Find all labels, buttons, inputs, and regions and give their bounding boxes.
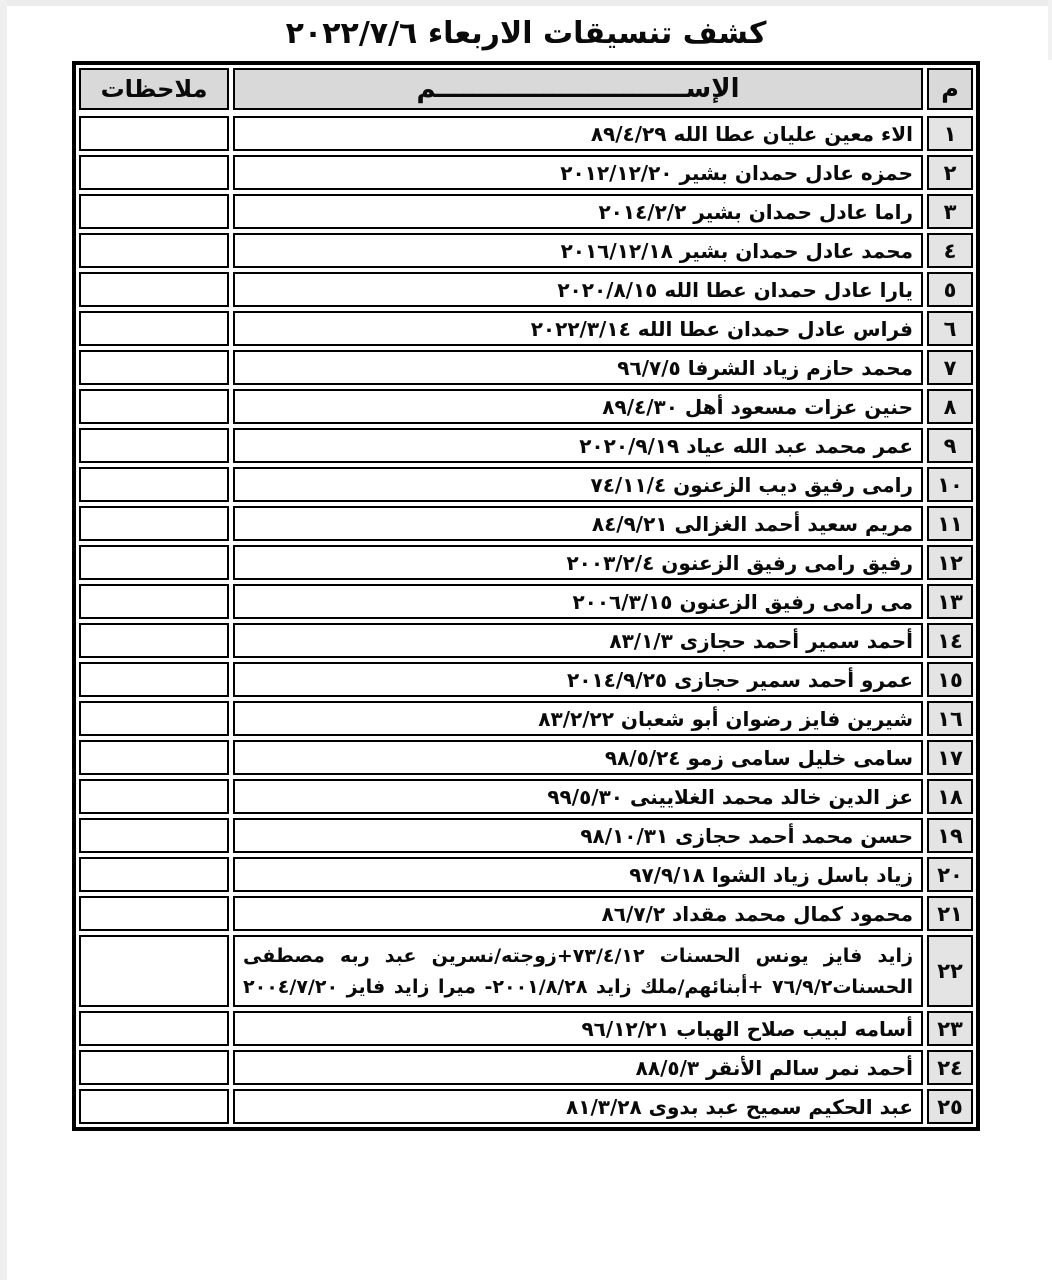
notes-cell [79,1011,229,1046]
notes-cell [79,779,229,814]
notes-cell [79,935,229,1007]
notes-cell [79,1089,229,1124]
row-number-cell: ٢٠ [927,857,973,892]
table-row: ١٤ أحمد سمير أحمد حجازى ٨٣/١/٣ [79,623,973,658]
name-cell: زياد باسل زياد الشوا ٩٧/٩/١٨ [233,857,923,892]
header-cell-number: م [927,68,973,110]
row-number-cell: ١٠ [927,467,973,502]
row-number-cell: ٢٤ [927,1050,973,1085]
name-cell: راما عادل حمدان بشير ٢٠١٤/٢/٢ [233,194,923,229]
document-page: { "page": { "title": "كشف تنسيقات الاربع… [0,0,1052,1280]
table-row: ٢٣ أسامه لبيب صلاح الهباب ٩٦/١٢/٢١ [79,1011,973,1046]
name-cell: عمرو أحمد سمير حجازى ٢٠١٤/٩/٢٥ [233,662,923,697]
table-row: ١٧ سامى خليل سامى زمو ٩٨/٥/٢٤ [79,740,973,775]
notes-cell [79,857,229,892]
name-cell: رامى رفيق ديب الزعنون ٧٤/١١/٤ [233,467,923,502]
table-row: ٢٥ عبد الحكيم سميح عبد بدوى ٨١/٣/٢٨ [79,1089,973,1124]
row-number-cell: ١٥ [927,662,973,697]
notes-cell [79,506,229,541]
name-cell: حسن محمد أحمد حجازى ٩٨/١٠/٣١ [233,818,923,853]
row-number-cell: ٨ [927,389,973,424]
notes-cell [79,194,229,229]
coordination-table: م الإســــــــــــــــــــــــــــم ملاح… [72,61,980,1131]
row-number-cell: ٢٢ [927,935,973,1007]
table-row: ٢ حمزه عادل حمدان بشير ٢٠١٢/١٢/٢٠ [79,155,973,190]
row-number-cell: ٩ [927,428,973,463]
name-cell: حمزه عادل حمدان بشير ٢٠١٢/١٢/٢٠ [233,155,923,190]
notes-cell [79,428,229,463]
table-row: ١٩ حسن محمد أحمد حجازى ٩٨/١٠/٣١ [79,818,973,853]
notes-cell [79,818,229,853]
notes-cell [79,896,229,931]
row-number-cell: ٦ [927,311,973,346]
name-cell: يارا عادل حمدان عطا الله ٢٠٢٠/٨/١٥ [233,272,923,307]
name-cell: حنين عزات مسعود أهل ٨٩/٤/٣٠ [233,389,923,424]
notes-cell [79,233,229,268]
table-row: ٢٢ زايد فايز يونس الحسنات ٧٣/٤/١٢+زوجته/… [79,935,973,1007]
notes-cell [79,311,229,346]
table-row: ١٢ رفيق رامى رفيق الزعنون ٢٠٠٣/٢/٤ [79,545,973,580]
photo-edge-top [0,0,1052,6]
name-cell: زايد فايز يونس الحسنات ٧٣/٤/١٢+زوجته/نسر… [233,935,923,1007]
row-number-cell: ١١ [927,506,973,541]
header-cell-name: الإســــــــــــــــــــــــــــم [233,68,923,110]
name-cell: سامى خليل سامى زمو ٩٨/٥/٢٤ [233,740,923,775]
table-row: ١٥ عمرو أحمد سمير حجازى ٢٠١٤/٩/٢٥ [79,662,973,697]
table-row: ٩ عمر محمد عبد الله عياد ٢٠٢٠/٩/١٩ [79,428,973,463]
table-body: ١ الاء معين عليان عطا الله ٨٩/٤/٢٩ ٢ حمز… [79,116,973,1124]
row-number-cell: ٧ [927,350,973,385]
row-number-cell: ١٧ [927,740,973,775]
row-number-cell: ١٣ [927,584,973,619]
notes-cell [79,350,229,385]
table-row: ١ الاء معين عليان عطا الله ٨٩/٤/٢٩ [79,116,973,151]
row-number-cell: ٢٥ [927,1089,973,1124]
notes-cell [79,740,229,775]
name-cell: محمد حازم زياد الشرفا ٩٦/٧/٥ [233,350,923,385]
notes-cell [79,623,229,658]
table-header-row: م الإســــــــــــــــــــــــــــم ملاح… [79,68,973,110]
name-cell: أحمد نمر سالم الأنقر ٨٨/٥/٣ [233,1050,923,1085]
row-number-cell: ٢ [927,155,973,190]
notes-cell [79,584,229,619]
row-number-cell: ٤ [927,233,973,268]
name-cell: عبد الحكيم سميح عبد بدوى ٨١/٣/٢٨ [233,1089,923,1124]
photo-edge-right [0,0,7,1280]
name-cell: أسامه لبيب صلاح الهباب ٩٦/١٢/٢١ [233,1011,923,1046]
photo-edge-left [1048,0,1052,60]
notes-cell [79,1050,229,1085]
notes-cell [79,116,229,151]
name-cell: عمر محمد عبد الله عياد ٢٠٢٠/٩/١٩ [233,428,923,463]
table-row: ٢٠ زياد باسل زياد الشوا ٩٧/٩/١٨ [79,857,973,892]
name-cell: مريم سعيد أحمد الغزالى ٨٤/٩/٢١ [233,506,923,541]
notes-cell [79,662,229,697]
row-number-cell: ١٩ [927,818,973,853]
notes-cell [79,155,229,190]
row-number-cell: ٥ [927,272,973,307]
table-row: ١٠ رامى رفيق ديب الزعنون ٧٤/١١/٤ [79,467,973,502]
table-row: ٢٤ أحمد نمر سالم الأنقر ٨٨/٥/٣ [79,1050,973,1085]
name-cell: محمد عادل حمدان بشير ٢٠١٦/١٢/١٨ [233,233,923,268]
row-number-cell: ١٦ [927,701,973,736]
table-row: ٧ محمد حازم زياد الشرفا ٩٦/٧/٥ [79,350,973,385]
row-number-cell: ١٢ [927,545,973,580]
table-row: ٤ محمد عادل حمدان بشير ٢٠١٦/١٢/١٨ [79,233,973,268]
notes-cell [79,272,229,307]
name-cell: رفيق رامى رفيق الزعنون ٢٠٠٣/٢/٤ [233,545,923,580]
name-cell: أحمد سمير أحمد حجازى ٨٣/١/٣ [233,623,923,658]
row-number-cell: ١٤ [927,623,973,658]
name-cell: عز الدين خالد محمد الغلايينى ٩٩/٥/٣٠ [233,779,923,814]
row-number-cell: ١٨ [927,779,973,814]
name-cell: مى رامى رفيق الزعنون ٢٠٠٦/٣/١٥ [233,584,923,619]
notes-cell [79,701,229,736]
table-row: ٢١ محمود كمال محمد مقداد ٨٦/٧/٢ [79,896,973,931]
row-number-cell: ٢٣ [927,1011,973,1046]
name-cell: فراس عادل حمدان عطا الله ٢٠٢٢/٣/١٤ [233,311,923,346]
row-number-cell: ٢١ [927,896,973,931]
table-row: ١٦ شيرين فايز رضوان أبو شعبان ٨٣/٢/٢٢ [79,701,973,736]
header-cell-notes: ملاحظات [79,68,229,110]
table-row: ١١ مريم سعيد أحمد الغزالى ٨٤/٩/٢١ [79,506,973,541]
table-row: ٣ راما عادل حمدان بشير ٢٠١٤/٢/٢ [79,194,973,229]
notes-cell [79,545,229,580]
notes-cell [79,467,229,502]
name-cell: الاء معين عليان عطا الله ٨٩/٤/٢٩ [233,116,923,151]
name-cell: محمود كمال محمد مقداد ٨٦/٧/٢ [233,896,923,931]
table-row: ٥ يارا عادل حمدان عطا الله ٢٠٢٠/٨/١٥ [79,272,973,307]
row-number-cell: ٣ [927,194,973,229]
table-row: ١٣ مى رامى رفيق الزعنون ٢٠٠٦/٣/١٥ [79,584,973,619]
notes-cell [79,389,229,424]
name-cell: شيرين فايز رضوان أبو شعبان ٨٣/٢/٢٢ [233,701,923,736]
table-row: ٦ فراس عادل حمدان عطا الله ٢٠٢٢/٣/١٤ [79,311,973,346]
row-number-cell: ١ [927,116,973,151]
table-row: ٨ حنين عزات مسعود أهل ٨٩/٤/٣٠ [79,389,973,424]
table-row: ١٨ عز الدين خالد محمد الغلايينى ٩٩/٥/٣٠ [79,779,973,814]
page-title: كشف تنسيقات الاربعاء ٢٠٢٢/٧/٦ [0,0,1052,51]
